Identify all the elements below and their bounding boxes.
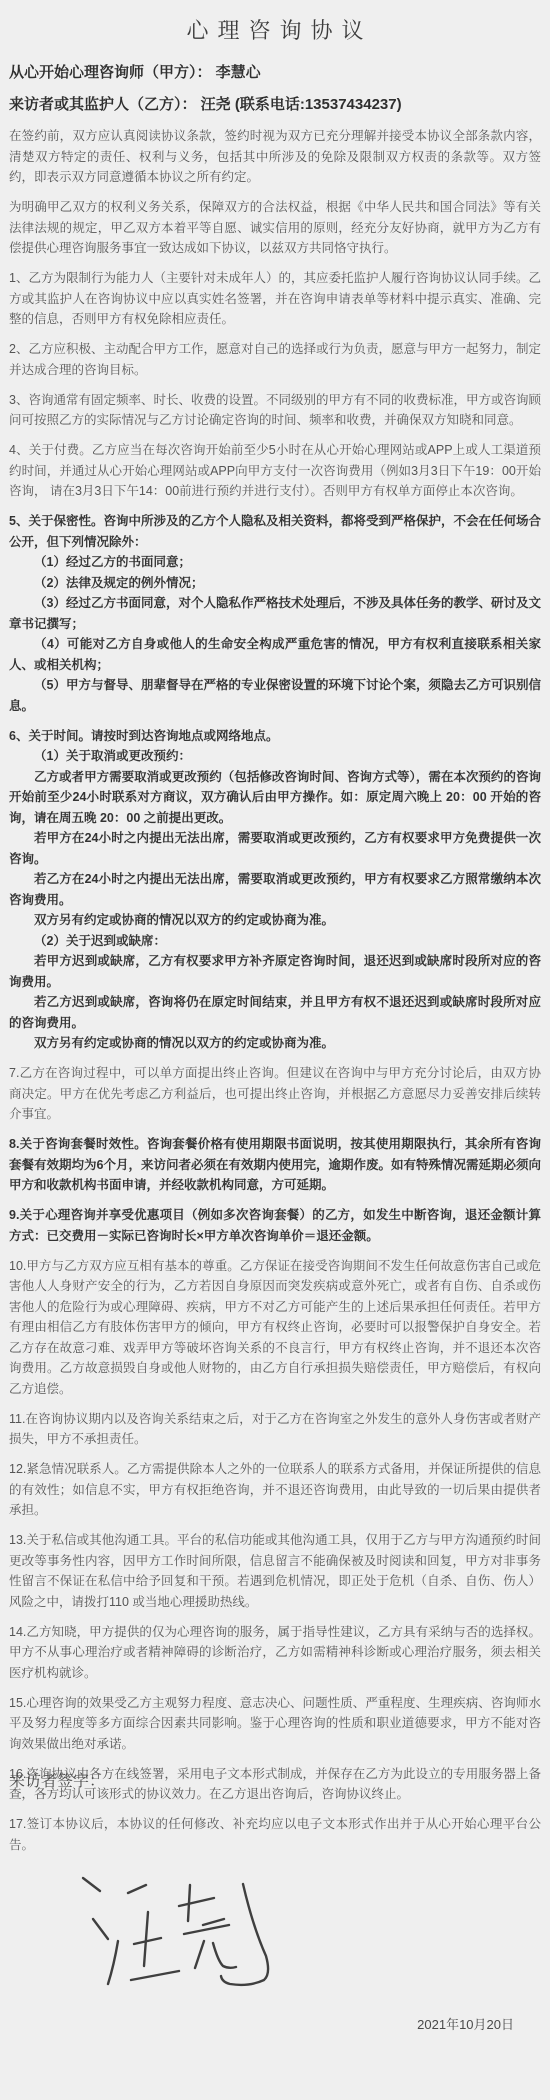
clause-paragraph: （4）可能对乙方自身或他人的生命安全构成严重危害的情况，甲方有权利直接联系相关家… [9,634,541,675]
clause-paragraph: 若乙方在24小时之内提出无法出席，需要取消或更改预约，甲方有权要求乙方照常缴纳本… [9,869,541,910]
clause-paragraph: 若甲方迟到或缺席，乙方有权要求甲方补齐原定咨询时间，退还迟到或缺席时段所对应的咨… [9,951,541,992]
agreement-page: 心理咨询协议 从心开始心理咨询师（甲方）： 李慧心 来访者或其监护人（乙方）： … [0,0,550,2100]
signature-stroke [221,1884,268,1985]
clause-paragraph: 14.乙方知晓，甲方提供的仅为心理咨询的服务，属于指导性建议，乙方具有采纳与否的… [9,1622,541,1684]
clause-paragraph: 5、关于保密性。咨询中所涉及的乙方个人隐私及相关资料，都将受到严格保护，不会在任… [9,511,541,552]
clause-paragraph: 双方另有约定或协商的情况以双方的约定或协商为准。 [9,910,541,931]
signature-stroke [184,1925,229,1934]
clause-paragraph: 若乙方迟到或缺席，咨询将仍在原定时间结束，并且甲方有权不退还迟到或缺席时段所对应… [9,992,541,1033]
clause-paragraph: （2）关于迟到或缺席： [9,931,541,952]
agreement-content: 心理咨询协议 从心开始心理咨询师（甲方）： 李慧心 来访者或其监护人（乙方）： … [0,0,550,1855]
clause-paragraph: 为明确甲乙双方的权利义务关系，保障双方的合法权益，根据《中华人民共和国合同法》等… [9,197,541,259]
clause-paragraph: （2）法律及规定的例外情况； [9,573,541,594]
clause-paragraph: 4、关于付费。乙方应当在每次咨询开始前至少5小时在从心开始心理网站或APP上或人… [9,440,541,502]
party-a-line: 从心开始心理咨询师（甲方）： 李慧心 [9,61,541,84]
clause-paragraph: 3、咨询通常有固定频率、时长、收费的设置。不同级别的甲方有不同的收费标准，甲方或… [9,390,541,431]
clause-paragraph: 6、关于时间。请按时到达咨询地点或网络地点。 [9,726,541,747]
handwritten-signature [50,1855,300,2015]
signature-stroke [131,1971,179,1980]
signature-stroke [195,1941,204,1968]
clause-paragraph: （1）经过乙方的书面同意； [9,552,541,573]
signature-stroke [203,1919,224,1925]
signature-stroke [128,1885,146,1893]
signature-stroke [144,1912,148,1966]
signature-stroke [83,1878,100,1891]
party-b-line: 来访者或其监护人（乙方）： 汪尧 (联系电话:13537434237) [9,93,541,116]
clause-paragraph: 9.关于心理咨询并享受优惠项目（例如多次咨询套餐）的乙方，如发生中断咨询，退还金… [9,1205,541,1246]
clause-paragraph: 7.乙方在咨询过程中，可以单方面提出终止咨询。但建议在咨询中与甲方充分讨论后，由… [9,1063,541,1125]
clause-paragraph: 在签约前，双方应认真阅读协议条款，签约时视为双方已充分理解并接受本协议全部条款内… [9,126,541,188]
clause-paragraph: 2、乙方应积极、主动配合甲方工作，愿意对自己的选择或行为负责，愿意与甲方一起努力… [9,339,541,380]
page-title: 心理咨询协议 [9,14,541,45]
signature-date: 2021年10月20日 [417,2014,514,2033]
signature-stroke [134,1938,161,1944]
agreement-body: 在签约前，双方应认真阅读协议条款，签约时视为双方已充分理解并接受本协议全部条款内… [9,126,541,1855]
signature-stroke [108,1941,118,1984]
clause-paragraph: 11.在咨询协议期内以及咨询关系结束之后，对于乙方在咨询室之外发生的意外人身伤害… [9,1409,541,1450]
clause-paragraph: 若甲方在24小时之内提出无法出席，需要取消或更改预约，乙方有权要求甲方免费提供一… [9,828,541,869]
clause-paragraph: 乙方或者甲方需要取消或更改预约（包括修改咨询时间、咨询方式等），需在本次预约的咨… [9,767,541,829]
signature-stroke [93,1919,108,1939]
clause-paragraph: 13.关于私信或其他沟通工具。平台的私信功能或其他沟通工具，仅用于乙方与甲方沟通… [9,1530,541,1612]
clause-paragraph: 双方另有约定或协商的情况以双方的约定或协商为准。 [9,1033,541,1054]
signature-stroke [179,1898,214,1906]
clause-paragraph: 12.紧急情况联系人。乙方需提供除本人之外的一位联系人的联系方式备用，并保证所提… [9,1459,541,1521]
visitor-signature-label: 来访者签字： [9,1768,105,1791]
clause-paragraph: 10.甲方与乙方双方应互相有基本的尊重。乙方保证在接受咨询期间不发生任何故意伤害… [9,1256,541,1400]
clause-paragraph: （3）经过乙方书面同意，对个人隐私作严格技术处理后，不涉及具体任务的教学、研讨及… [9,593,541,634]
clause-paragraph: 1、乙方为限制行为能力人（主要针对未成年人）的，其应委托监护人履行咨询协议认同手… [9,268,541,330]
clause-paragraph: 8.关于咨询套餐时效性。咨询套餐价格有使用期限书面说明，按其使用期限执行，其余所… [9,1134,541,1196]
clause-paragraph: （5）甲方与督导、朋辈督导在严格的专业保密设置的环境下讨论个案，须隐去乙方可识别… [9,675,541,716]
clause-paragraph: （1）关于取消或更改预约： [9,746,541,767]
signature-stroke [213,1943,236,1968]
clause-paragraph: 17.签订本协议后，本协议的任何修改、补充均应以电子文本形式作出并于从心开始心理… [9,1814,541,1855]
clause-paragraph: 15.心理咨询的效果受乙方主观努力程度、意志决心、问题性质、严重程度、生理疾病、… [9,1693,541,1755]
